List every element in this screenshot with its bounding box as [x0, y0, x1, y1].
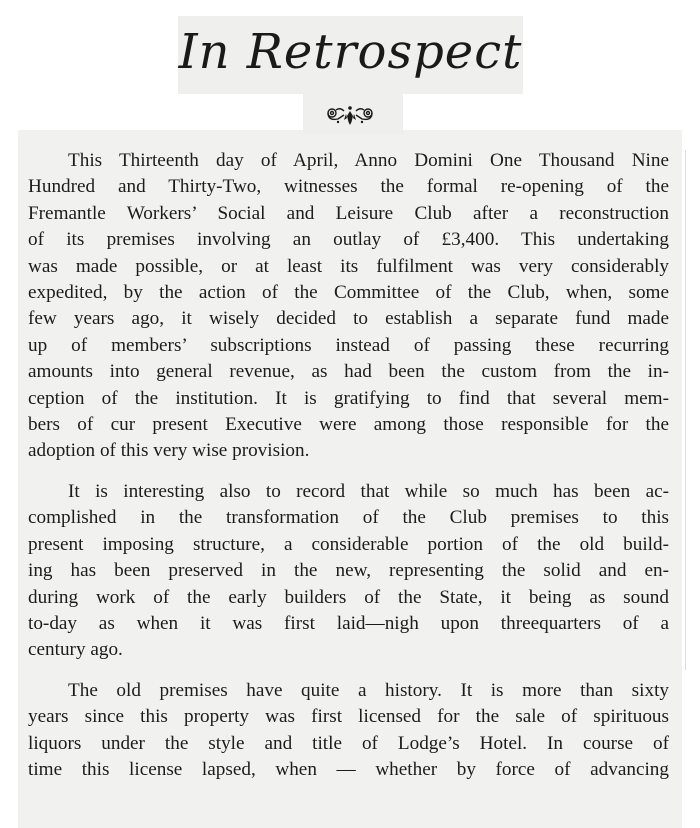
- text-line: ing has been preserved in the new, repre…: [28, 558, 669, 584]
- text-line: century ago.: [28, 637, 669, 663]
- text-line: years since this property was first lice…: [28, 704, 669, 730]
- text-line: was made possible, or at least its fulfi…: [28, 254, 669, 280]
- text-line: of its premises involving an outlay of £…: [28, 227, 669, 253]
- text-line: present imposing structure, a considerab…: [28, 532, 669, 558]
- paragraph-1: This Thirteenth day of April, Anno Domin…: [28, 148, 669, 465]
- text-line: time this license lapsed, when — whether…: [28, 757, 669, 783]
- document-page: In Retrospect This Thirteenth day of Apr…: [0, 0, 700, 828]
- text-line: It is interesting also to record that wh…: [28, 479, 669, 505]
- article-body: This Thirteenth day of April, Anno Domin…: [28, 148, 669, 797]
- text-line: bers of cur present Executive were among…: [28, 412, 669, 438]
- text-line: ception of the institution. It is gratif…: [28, 386, 669, 412]
- text-line: few years ago, it wisely decided to esta…: [28, 306, 669, 332]
- text-line: during work of the early builders of the…: [28, 585, 669, 611]
- text-line: This Thirteenth day of April, Anno Domin…: [28, 148, 669, 174]
- text-line: The old premises have quite a history. I…: [28, 678, 669, 704]
- paragraph-2: It is interesting also to record that wh…: [28, 479, 669, 664]
- text-line: complished in the transformation of the …: [28, 505, 669, 531]
- text-line: adoption of this very wise provision.: [28, 438, 669, 464]
- page-title: In Retrospect: [178, 14, 523, 90]
- text-line: Fremantle Workers’ Social and Leisure Cl…: [28, 201, 669, 227]
- text-line: Hundred and Thirty-Two, witnesses the fo…: [28, 174, 669, 200]
- page-edge-line: [685, 150, 686, 670]
- text-line: expedited, by the action of the Committe…: [28, 280, 669, 306]
- text-line: liquors under the style and title of Lod…: [28, 731, 669, 757]
- paragraph-3: The old premises have quite a history. I…: [28, 678, 669, 784]
- text-line: up of members’ subscriptions instead of …: [28, 333, 669, 359]
- scroll-ornament-icon: [324, 104, 376, 126]
- text-line: amounts into general revenue, as had bee…: [28, 359, 669, 385]
- text-line: to-day as when it was first laid—nigh up…: [28, 611, 669, 637]
